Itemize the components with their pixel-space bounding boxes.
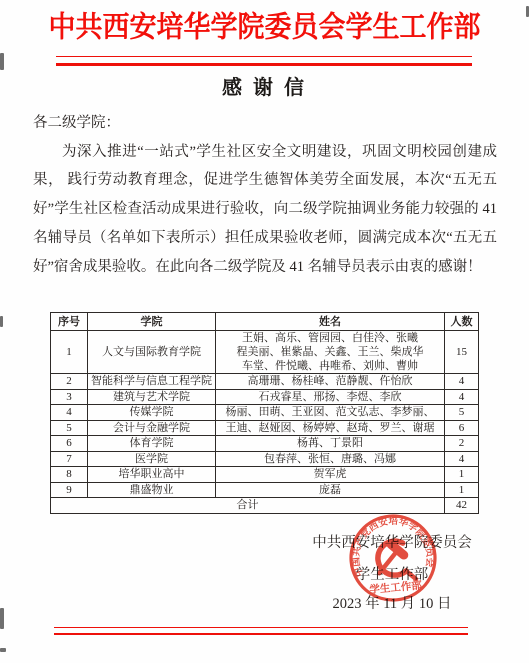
- letter-title: 感 谢 信: [0, 71, 529, 100]
- cell-count: 4: [445, 374, 479, 390]
- table-row: 6 体育学院 杨苒、丁景阳 2: [51, 436, 479, 452]
- cell-count: 2: [445, 436, 479, 452]
- official-seal-stamp: 中国共产党西安培华学院委员会 学生工作部: [339, 504, 447, 612]
- table-row: 5 会计与金融学院 王迪、赵娅囡、杨婷婷、赵琦、罗兰、谢琚 6: [51, 420, 479, 436]
- letterhead-title: 中共西安培华学院委员会学生工作部: [0, 6, 529, 47]
- letterhead-divider: [56, 56, 472, 66]
- col-header-names: 姓名: [216, 313, 445, 331]
- cell-names: 杨丽、田萌、王亚囡、范文弘志、李梦丽、: [216, 405, 445, 421]
- col-header-index: 序号: [51, 313, 88, 331]
- col-header-count: 人数: [445, 313, 479, 331]
- cell-count: 4: [445, 389, 479, 405]
- thank-you-letter-page: 中共西安培华学院委员会学生工作部 感 谢 信 各二级学院： 为深入推进“一站式”…: [0, 0, 529, 663]
- cell-index: 3: [51, 389, 88, 405]
- cell-names: 石戎睿星、邢扬、李煜、李欣: [216, 389, 445, 405]
- cell-index: 9: [51, 482, 88, 498]
- scan-artifact: [0, 53, 4, 70]
- cell-names: 庞磊: [216, 482, 445, 498]
- cell-count: 1: [445, 467, 479, 483]
- cell-index: 4: [51, 405, 88, 421]
- cell-college: 培华职业高中: [88, 467, 216, 483]
- col-header-college: 学院: [88, 313, 216, 331]
- table-row: 7 医学院 包春萍、张恒、唐璐、冯娜 4: [51, 451, 479, 467]
- cell-names: 贺军虎: [216, 467, 445, 483]
- table-row: 8 培华职业高中 贺军虎 1: [51, 467, 479, 483]
- cell-college: 会计与金融学院: [88, 420, 216, 436]
- cell-names: 杨苒、丁景阳: [216, 436, 445, 452]
- table-row: 2 智能科学与信息工程学院 高珊珊、杨桂峰、范静靓、仵怡欣 4: [51, 374, 479, 390]
- scan-artifact: [0, 648, 6, 652]
- table-row: 3 建筑与艺术学院 石戎睿星、邢扬、李煜、李欣 4: [51, 389, 479, 405]
- table-row: 4 传媒学院 杨丽、田萌、王亚囡、范文弘志、李梦丽、 5: [51, 405, 479, 421]
- cell-college: 医学院: [88, 451, 216, 467]
- table-row: 9 鼎盛物业 庞磊 1: [51, 482, 479, 498]
- body-paragraph: 为深入推进“一站式”学生社区安全文明建设，巩固文明校园创建成果， 践行劳动教育理…: [33, 138, 497, 282]
- cell-college: 建筑与艺术学院: [88, 389, 216, 405]
- counselor-roster-table: 序号 学院 姓名 人数 1 人文与国际教育学院 王娟、高乐、管园园、白佳泠、张曦…: [50, 312, 479, 514]
- cell-index: 7: [51, 451, 88, 467]
- cell-index: 6: [51, 436, 88, 452]
- cell-names: 王娟、高乐、管园园、白佳泠、张曦 程美丽、崔紫晶、关鑫、王兰、柴成华 车堂、件悦…: [216, 331, 445, 374]
- table-header-row: 序号 学院 姓名 人数: [51, 313, 479, 331]
- cell-index: 8: [51, 467, 88, 483]
- total-count: 42: [445, 498, 479, 514]
- cell-names: 高珊珊、杨桂峰、范静靓、仵怡欣: [216, 374, 445, 390]
- cell-names: 王迪、赵娅囡、杨婷婷、赵琦、罗兰、谢琚: [216, 420, 445, 436]
- cell-count: 5: [445, 405, 479, 421]
- cell-college: 鼎盛物业: [88, 482, 216, 498]
- cell-index: 2: [51, 374, 88, 390]
- cell-index: 1: [51, 331, 88, 374]
- party-emblem-icon: [376, 540, 415, 583]
- letter-body: 各二级学院： 为深入推进“一站式”学生社区安全文明建设，巩固文明校园创建成果， …: [33, 109, 497, 281]
- salutation: 各二级学院：: [33, 109, 497, 138]
- cell-count: 6: [445, 420, 479, 436]
- cell-count: 4: [445, 451, 479, 467]
- table-row: 1 人文与国际教育学院 王娟、高乐、管园园、白佳泠、张曦 程美丽、崔紫晶、关鑫、…: [51, 331, 479, 374]
- scan-artifact: [0, 608, 4, 629]
- cell-college: 体育学院: [88, 436, 216, 452]
- cell-count: 15: [445, 331, 479, 374]
- footer-divider: [54, 627, 468, 635]
- scan-artifact: [0, 316, 3, 327]
- cell-index: 5: [51, 420, 88, 436]
- cell-college: 传媒学院: [88, 405, 216, 421]
- cell-count: 1: [445, 482, 479, 498]
- cell-college: 智能科学与信息工程学院: [88, 374, 216, 390]
- cell-college: 人文与国际教育学院: [88, 331, 216, 374]
- cell-names: 包春萍、张恒、唐璐、冯娜: [216, 451, 445, 467]
